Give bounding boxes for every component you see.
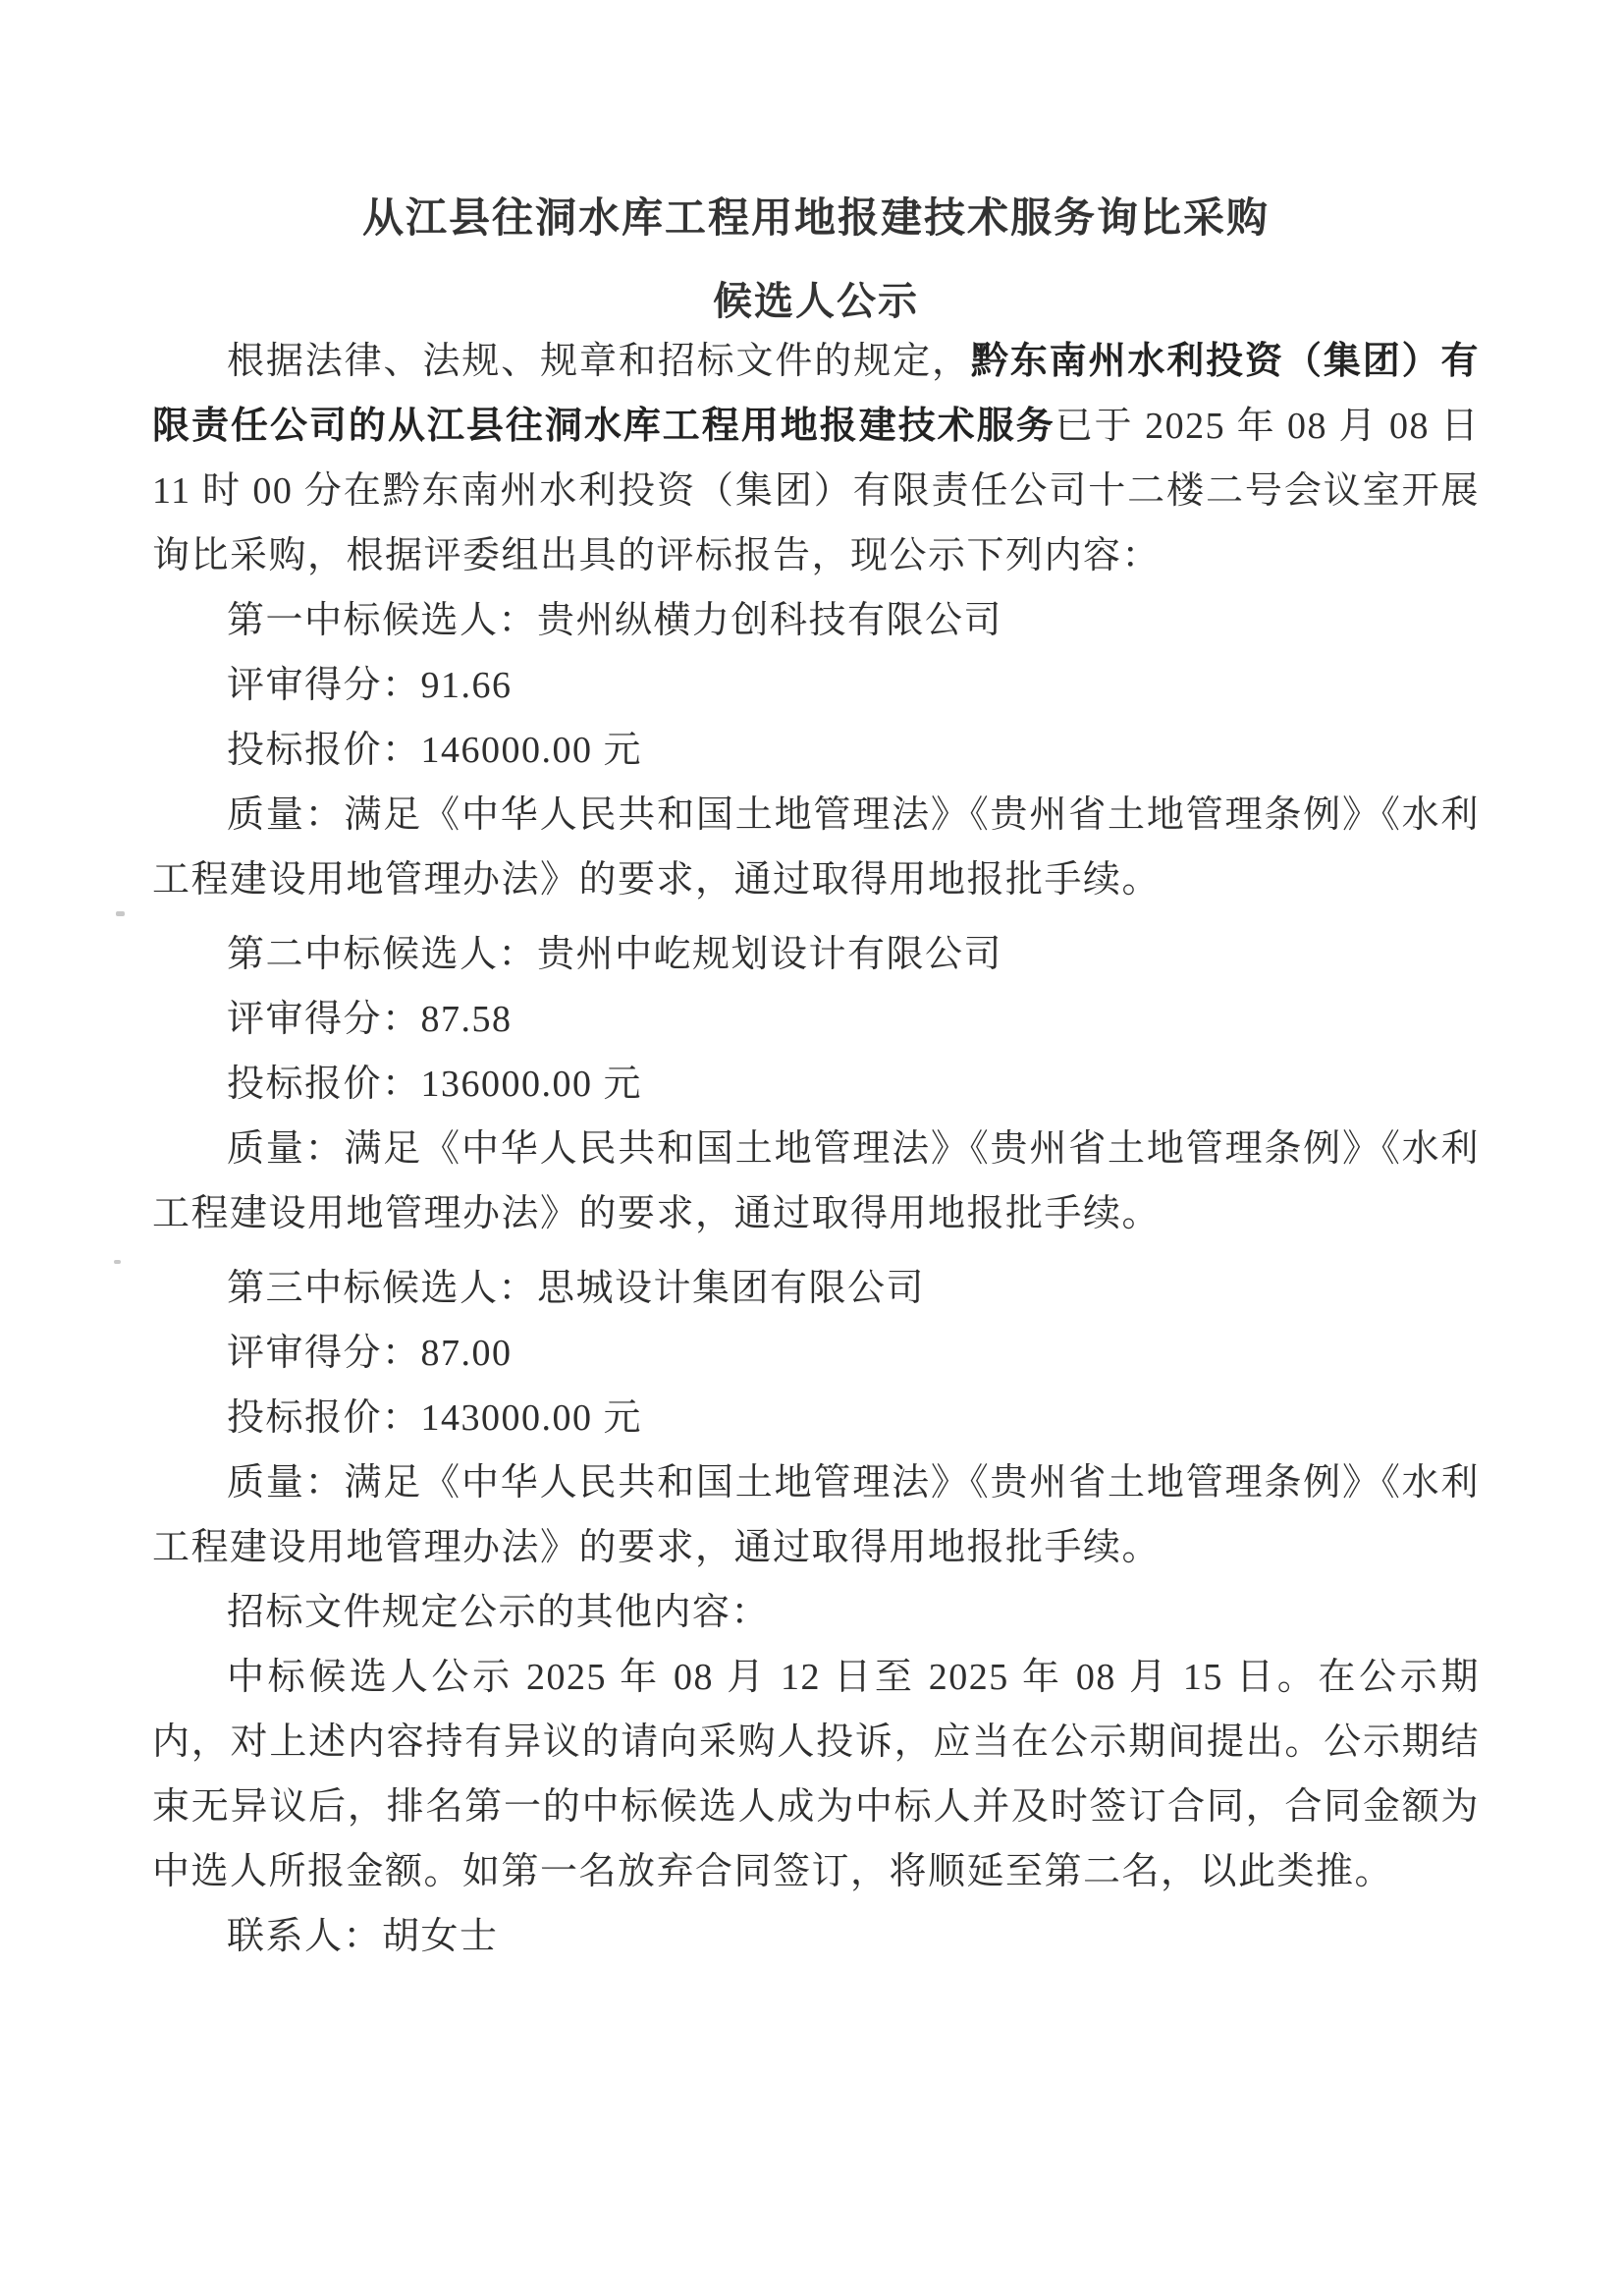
contact-line: 联系人：胡女士 bbox=[152, 1904, 1480, 1969]
scanned-document-page: 从江县往洞水库工程用地报建技术服务询比采购 候选人公示 根据法律、法规、规章和招… bbox=[0, 0, 1623, 2296]
publicity-notice-paragraph: 中标候选人公示 2025 年 08 月 12 日至 2025 年 08 月 15… bbox=[152, 1645, 1480, 1904]
candidate-1-score-line: 评审得分：91.66 bbox=[152, 653, 1480, 718]
candidate-block-3: 第三中标候选人：思城设计集团有限公司 评审得分：87.00 投标报价：14300… bbox=[152, 1256, 1480, 1580]
candidate-2-price-value: 136000.00 元 bbox=[421, 1064, 643, 1105]
candidate-3-quality-paragraph: 质量：满足《中华人民共和国土地管理法》《贵州省土地管理条例》《水利工程建设用地管… bbox=[152, 1450, 1480, 1580]
candidate-2-price-line: 投标报价：136000.00 元 bbox=[152, 1052, 1480, 1117]
candidate-1-name-line: 第一中标候选人：贵州纵横力创科技有限公司 bbox=[152, 588, 1480, 653]
candidate-2-name-line: 第二中标候选人：贵州中屹规划设计有限公司 bbox=[152, 922, 1480, 987]
candidate-2-quality-paragraph: 质量：满足《中华人民共和国土地管理法》《贵州省土地管理条例》《水利工程建设用地管… bbox=[152, 1117, 1480, 1246]
candidate-2-score-line: 评审得分：87.58 bbox=[152, 987, 1480, 1052]
candidate-3-price-value: 143000.00 元 bbox=[421, 1397, 643, 1439]
candidate-1-quality-paragraph: 质量：满足《中华人民共和国土地管理法》《贵州省土地管理条例》《水利工程建设用地管… bbox=[152, 783, 1480, 912]
candidate-1-price-line: 投标报价：146000.00 元 bbox=[152, 718, 1480, 783]
candidate-3-score-value: 87.00 bbox=[421, 1333, 513, 1374]
candidate-1-score-label: 评审得分： bbox=[227, 665, 421, 706]
candidate-3-price-line: 投标报价：143000.00 元 bbox=[152, 1386, 1480, 1450]
document-title-line2: 候选人公示 bbox=[152, 274, 1480, 329]
candidate-block-1: 第一中标候选人：贵州纵横力创科技有限公司 评审得分：91.66 投标报价：146… bbox=[152, 588, 1480, 912]
candidate-3-rank-label: 第三中标候选人： bbox=[227, 1268, 537, 1309]
scan-speckle bbox=[116, 911, 125, 916]
candidate-2-company: 贵州中屹规划设计有限公司 bbox=[537, 934, 1002, 975]
candidate-3-score-line: 评审得分：87.00 bbox=[152, 1321, 1480, 1386]
candidate-2-score-value: 87.58 bbox=[421, 999, 513, 1040]
document-content: 从江县往洞水库工程用地报建技术服务询比采购 候选人公示 根据法律、法规、规章和招… bbox=[152, 0, 1480, 1969]
candidate-1-rank-label: 第一中标候选人： bbox=[227, 600, 537, 641]
candidate-3-name-line: 第三中标候选人：思城设计集团有限公司 bbox=[152, 1256, 1480, 1321]
document-title-line1: 从江县往洞水库工程用地报建技术服务询比采购 bbox=[152, 191, 1480, 246]
candidate-3-company: 思城设计集团有限公司 bbox=[537, 1268, 925, 1309]
candidate-2-price-label: 投标报价： bbox=[227, 1064, 421, 1105]
candidate-3-score-label: 评审得分： bbox=[227, 1333, 421, 1374]
candidate-2-rank-label: 第二中标候选人： bbox=[227, 934, 537, 975]
candidate-3-price-label: 投标报价： bbox=[227, 1397, 421, 1439]
other-content-heading: 招标文件规定公示的其他内容： bbox=[152, 1580, 1480, 1645]
candidate-2-score-label: 评审得分： bbox=[227, 999, 421, 1040]
scan-speckle bbox=[114, 1260, 121, 1264]
candidate-1-company: 贵州纵横力创科技有限公司 bbox=[537, 600, 1002, 641]
intro-regular-start: 根据法律、法规、规章和招标文件的规定， bbox=[227, 341, 971, 382]
candidate-1-score-value: 91.66 bbox=[421, 665, 513, 706]
intro-paragraph: 根据法律、法规、规章和招标文件的规定，黔东南州水利投资（集团）有限责任公司的从江… bbox=[152, 329, 1480, 588]
candidate-block-2: 第二中标候选人：贵州中屹规划设计有限公司 评审得分：87.58 投标报价：136… bbox=[152, 922, 1480, 1246]
candidate-1-price-label: 投标报价： bbox=[227, 730, 421, 771]
candidate-1-price-value: 146000.00 元 bbox=[421, 730, 643, 771]
